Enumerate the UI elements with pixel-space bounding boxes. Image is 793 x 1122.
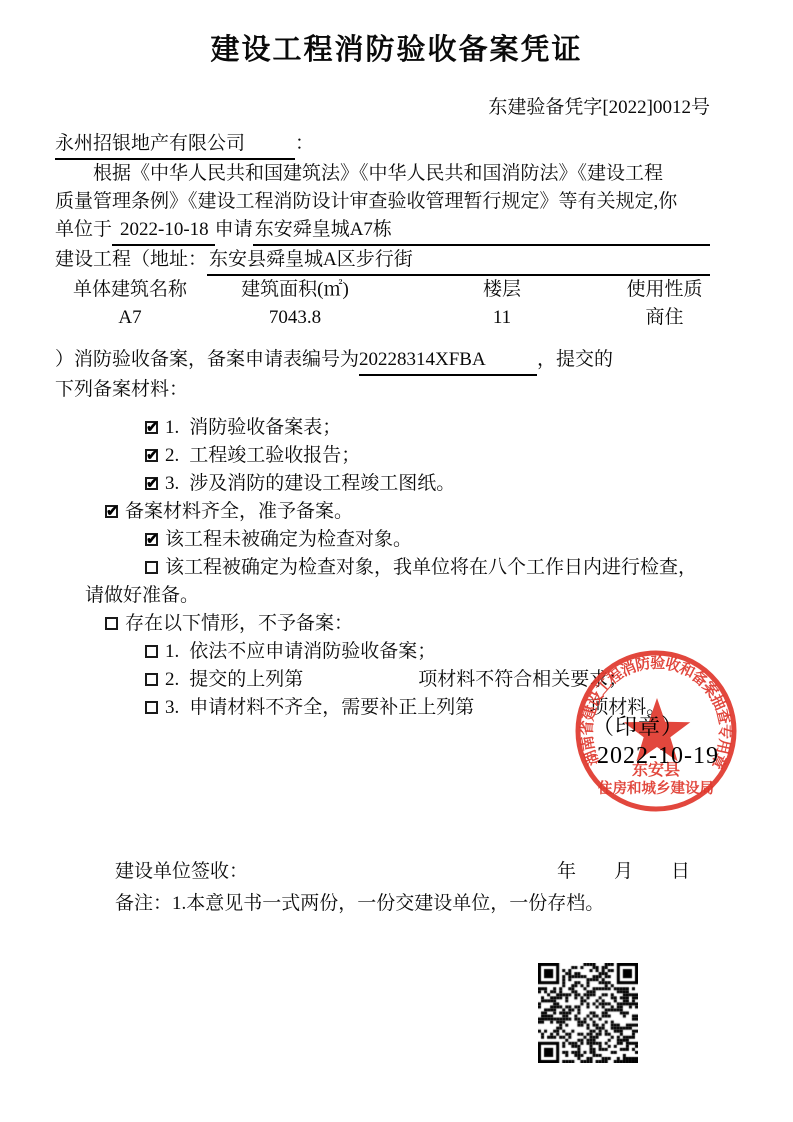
col-header-usage: 使用性质 bbox=[619, 276, 710, 304]
checkbox[interactable] bbox=[145, 449, 158, 462]
filing-prefix: ）消防验收备案，备案申请表编号为 bbox=[55, 346, 359, 374]
item-label: 依法不应申请消防验收备案； bbox=[189, 641, 436, 662]
item-number: 3. bbox=[165, 697, 179, 718]
checklist-item: 1.消防验收备案表； bbox=[55, 414, 710, 442]
checkbox[interactable] bbox=[145, 533, 158, 546]
sign-label: 建设单位签收： bbox=[115, 858, 248, 886]
address-label: 建设工程（地址： bbox=[55, 246, 207, 274]
signature-blank bbox=[248, 858, 557, 886]
checklist-item: 2.工程竣工验收报告； bbox=[55, 442, 710, 470]
stamp-label: （印章） bbox=[592, 713, 684, 741]
apply-prefix: 单位于 bbox=[55, 216, 112, 244]
qr-code bbox=[538, 963, 638, 1063]
cell-usage: 商住 bbox=[619, 304, 710, 332]
salutation-line: 永州招银地产有限公司： bbox=[55, 130, 710, 160]
address-field: 东安县舜皇城A区步行街 bbox=[207, 246, 710, 276]
recipient-company: 永州招银地产有限公司 bbox=[55, 130, 295, 160]
apply-verb: 申请 bbox=[215, 216, 253, 244]
checkbox[interactable] bbox=[145, 645, 158, 658]
intro-paragraph: 根据《中华人民共和国建筑法》《中华人民共和国消防法》《建设工程 质量管理条例》《… bbox=[55, 160, 710, 216]
filing-number-field: 20228314XFBA bbox=[359, 346, 537, 376]
checkbox[interactable] bbox=[145, 477, 158, 490]
col-header-floors: 楼层 bbox=[385, 276, 619, 304]
filing-suffix: ，提交的 bbox=[537, 346, 613, 374]
document-page: 建设工程消防验收备案凭证 东建验备凭字[2022]0012号 永州招银地产有限公… bbox=[0, 0, 793, 1122]
seal-bureau: 住房和城乡建设局 bbox=[598, 779, 714, 797]
month-label: 月 bbox=[614, 861, 633, 882]
checklist-item: 存在以下情形，不予备案： bbox=[55, 610, 710, 638]
address-line: 建设工程（地址： 东安县舜皇城A区步行街 bbox=[55, 246, 710, 276]
intro-line-2: 质量管理条例》《建设工程消防设计审查验收管理暂行规定》等有关规定,你 bbox=[55, 188, 710, 216]
checkbox[interactable] bbox=[145, 561, 158, 574]
checkbox[interactable] bbox=[145, 701, 158, 714]
item-label: 备案材料齐全，准予备案。 bbox=[125, 501, 353, 522]
checklist-item: 3.涉及消防的建设工程竣工图纸。 bbox=[55, 470, 710, 498]
checklist-item: 该工程未被确定为检查对象。 bbox=[55, 526, 710, 554]
checkbox[interactable] bbox=[105, 505, 118, 518]
year-label: 年 bbox=[557, 861, 576, 882]
doc-number: 东建验备凭字[2022]0012号 bbox=[55, 94, 710, 122]
project-name-field: 东安舜皇城A7栋 bbox=[253, 216, 710, 246]
checklist-item: 该工程被确定为检查对象，我单位将在八个工作日内进行检查，请做好准备。 bbox=[55, 554, 710, 610]
item-label: 该工程未被确定为检查对象。 bbox=[165, 529, 412, 550]
item-number: 2. bbox=[165, 445, 179, 466]
item-number: 1. bbox=[165, 417, 179, 438]
materials-intro: 下列备案材料： bbox=[55, 376, 710, 404]
checkbox[interactable] bbox=[145, 421, 158, 434]
cell-building-name: A7 bbox=[55, 304, 205, 332]
item-label: 提交的上列第 bbox=[189, 669, 303, 690]
intro-line-1: 根据《中华人民共和国建筑法》《中华人民共和国消防法》《建设工程 bbox=[55, 160, 710, 188]
item-label: 工程竣工验收报告； bbox=[189, 445, 360, 466]
page-title: 建设工程消防验收备案凭证 bbox=[0, 0, 793, 70]
day-label: 日 bbox=[671, 861, 690, 882]
cell-floors: 11 bbox=[385, 304, 619, 332]
checklist-item: 备案材料齐全，准予备案。 bbox=[55, 498, 710, 526]
signature-row: 建设单位签收： 年月日 bbox=[55, 858, 710, 886]
item-label: 存在以下情形，不予备案： bbox=[125, 613, 353, 634]
cell-floor-area: 7043.8 bbox=[205, 304, 385, 332]
item-number: 3. bbox=[165, 473, 179, 494]
salutation-colon: ： bbox=[295, 133, 314, 154]
date-blanks: 年月日 bbox=[557, 858, 690, 886]
item-number: 2. bbox=[165, 669, 179, 690]
stamp-date: 2022-10-19 bbox=[597, 742, 719, 770]
checkbox[interactable] bbox=[145, 673, 158, 686]
building-table: 单体建筑名称 建筑面积(㎡) 楼层 使用性质 A7 7043.8 11 商住 bbox=[55, 276, 710, 332]
apply-date-field: 2022-10-18 bbox=[112, 216, 215, 246]
item-label: 消防验收备案表； bbox=[189, 417, 341, 438]
item-number: 1. bbox=[165, 641, 179, 662]
col-header-building-name: 单体建筑名称 bbox=[55, 276, 205, 304]
note-line: 备注：1.本意见书一式两份，一份交建设单位，一份存档。 bbox=[55, 890, 710, 918]
item-label: 该工程被确定为检查对象，我单位将在八个工作日内进行检查，请做好准备。 bbox=[85, 557, 697, 606]
filing-line: ）消防验收备案，备案申请表编号为20228314XFBA，提交的 bbox=[55, 346, 710, 376]
item-label: 涉及消防的建设工程竣工图纸。 bbox=[189, 473, 455, 494]
col-header-floor-area: 建筑面积(㎡) bbox=[205, 276, 385, 304]
checkbox[interactable] bbox=[105, 617, 118, 630]
apply-line: 单位于 2022-10-18 申请 东安舜皇城A7栋 bbox=[55, 216, 710, 246]
item-label: 申请材料不齐全，需要补正上列第 bbox=[189, 697, 474, 718]
